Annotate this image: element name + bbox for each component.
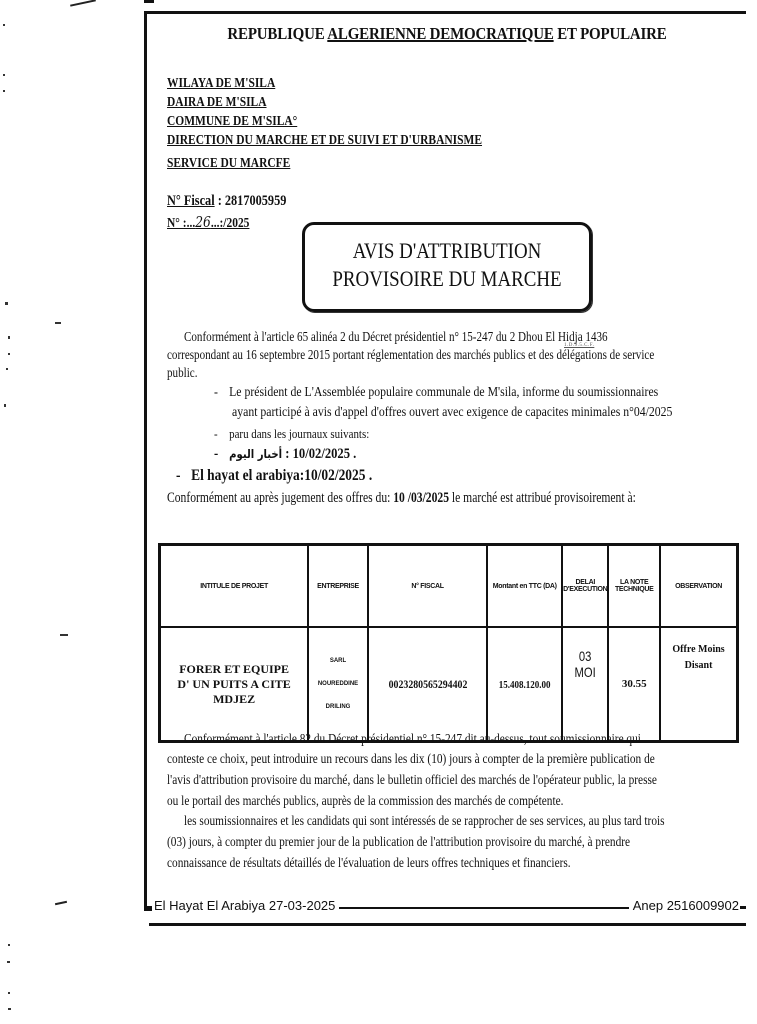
direction-line: DIRECTION DU MARCHE ET DE SUIVI ET D'URB… <box>167 131 482 150</box>
judgement-prefix: Conformément au après jugement des offre… <box>167 490 393 506</box>
wilaya-line: WILAYA DE M'SILA <box>167 74 482 93</box>
projet-line: FORER ET EQUIPE <box>161 662 307 677</box>
administration-block: WILAYA DE M'SILA DAIRA DE M'SILA COMMUNE… <box>167 74 551 173</box>
judgement-line: Conformément au après jugement des offre… <box>167 489 636 507</box>
scan-speck <box>3 90 5 92</box>
cell-montant: 15.408.120.00 <box>487 627 562 742</box>
notice-title-line1: AVIS D'ATTRIBUTION <box>325 237 569 265</box>
recourse-line-2: conteste ce choix, peut introduire un re… <box>167 750 655 768</box>
scan-speck <box>8 944 10 946</box>
fiscal-number: N° Fiscal : 2817005959 <box>167 193 286 210</box>
entreprise-line: SARL <box>309 654 367 669</box>
cell-observation: Offre Moins Disant <box>660 627 737 742</box>
header-montant: Montant en TTC (DA) <box>487 545 562 628</box>
scan-speck <box>4 404 6 407</box>
header-delai: DELAI D'EXECUTION <box>562 545 608 628</box>
scan-speck <box>60 634 68 636</box>
recourse-line-4: ou le portail des marchés publics, auprè… <box>167 792 563 810</box>
frame-corner <box>144 906 152 911</box>
reference-suffix: ...:/2025 <box>211 216 250 231</box>
observation-line: Offre Moins <box>661 642 736 658</box>
scan-speck <box>55 322 61 324</box>
scan-speck <box>5 302 8 305</box>
table-row: FORER ET EQUIPE D' UN PUITS A CITE MDJEZ… <box>160 627 738 742</box>
header-fiscal: N° FISCAL <box>368 545 488 628</box>
scan-speck <box>8 992 10 994</box>
scan-speck <box>6 368 8 370</box>
country-header: REPUBLIQUE ALGERIENNE DEMOCRATIQUE ET PO… <box>183 24 711 44</box>
bullet-president-text: Le président de L'Assemblée populaire co… <box>229 385 658 400</box>
header-observation: OBSERVATION <box>660 545 737 628</box>
cell-entreprise: SARL NOUREDDINE DRILING <box>308 627 368 742</box>
scan-speck <box>7 961 10 963</box>
notice-title-box: AVIS D'ATTRIBUTION PROVISOIRE DU MARCHE <box>302 222 592 312</box>
cell-projet: FORER ET EQUIPE D' UN PUITS A CITE MDJEZ <box>160 627 309 742</box>
scan-mark <box>70 0 96 7</box>
projet-line: MDJEZ <box>161 692 307 707</box>
bullet-president-cont-text: ayant participé à avis d'appel d'offres … <box>232 405 672 420</box>
bullet-president: -Le président de L'Assemblée populaire c… <box>214 383 658 403</box>
header-note: LA NOTE TECHNIQUE <box>608 545 660 628</box>
bullet-president-cont: ayant participé à avis d'appel d'offres … <box>232 403 672 423</box>
scan-speck <box>3 74 5 76</box>
journal-2-text: El hayat el arabiya:10/02/2025 . <box>191 467 372 484</box>
intro-line-3: public. <box>167 364 197 382</box>
header-entreprise: ENTREPRISE <box>308 545 368 628</box>
country-header-underlined: ALGERIENNE DEMOCRATIQUE <box>327 24 553 43</box>
award-table: INTITULE DE PROJET ENTREPRISE N° FISCAL … <box>158 543 739 743</box>
fiscal-value: : 2817005959 <box>215 193 287 209</box>
observation-line: Disant <box>661 658 736 674</box>
footer-rule <box>339 907 628 909</box>
judgement-date: 10 /03/2025 <box>393 490 449 506</box>
scan-stamp: 1.D.9.5.C.F. <box>564 343 594 348</box>
fiscal-label: N° Fiscal <box>167 193 215 209</box>
scan-speck <box>8 336 10 339</box>
commune-line: COMMUNE DE M'SILA° <box>167 112 482 131</box>
daira-line: DAIRA DE M'SILA <box>167 93 482 112</box>
notice-title-line2: PROVISOIRE DU MARCHE <box>325 265 569 293</box>
service-line: SERVICE DU MARCFE <box>167 154 482 173</box>
cell-fiscal: 0023280565294402 <box>368 627 488 742</box>
scan-speck <box>3 24 5 26</box>
frame-top-rule <box>144 11 746 14</box>
journal-1-name: أخبار اليوم <box>229 447 282 461</box>
bullet-journal-1: -أخبار اليوم : 10/02/2025 . <box>214 444 356 464</box>
judgement-suffix: le marché est attribué provisoirement à: <box>449 490 636 506</box>
footer-end-mark <box>740 906 746 909</box>
journal-1-date: : 10/02/2025 . <box>282 446 356 462</box>
bullet-journals-text: paru dans les journaux suivants: <box>229 426 369 441</box>
anep-reference: Anep 2516009902 <box>633 898 739 913</box>
delai-cell-value: 03 MOI <box>568 648 603 680</box>
scan-speck <box>8 1008 11 1010</box>
entreprise-line: NOUREDDINE <box>309 677 367 692</box>
cell-delai: 03 MOI <box>562 627 608 742</box>
frame-top-tab <box>144 0 154 3</box>
contact-line-1: les soumissionnaires et les candidats qu… <box>184 812 665 830</box>
cell-note: 30.55 <box>608 627 660 742</box>
bullet-journals: -paru dans les journaux suivants: <box>214 424 369 444</box>
fiscal-cell-value: 0023280565294402 <box>388 677 467 692</box>
table-header-row: INTITULE DE PROJET ENTREPRISE N° FISCAL … <box>160 545 738 628</box>
bullet-journal-2: -El hayat el arabiya:10/02/2025 . <box>176 466 372 486</box>
projet-line: D' UN PUITS A CITE <box>161 677 307 692</box>
contact-line-3: connaissance de résultats détaillés de l… <box>167 854 571 872</box>
header-projet: INTITULE DE PROJET <box>160 545 309 628</box>
montant-cell-value: 15.408.120.00 <box>499 679 551 691</box>
contact-line-2: (03) jours, à compter du premier jour de… <box>167 833 630 851</box>
reference-prefix: N° :... <box>167 216 195 231</box>
frame-bottom-rule <box>149 923 746 926</box>
reference-number: N° :...26...:/2025 <box>167 213 249 232</box>
recourse-line-3: l'avis d'attribution provisoire du march… <box>167 771 657 789</box>
entreprise-line: DRILING <box>309 700 367 715</box>
intro-line-2: correspondant au 16 septembre 2015 porta… <box>167 346 654 364</box>
scan-speck <box>8 353 10 355</box>
reference-handwritten: 26 <box>195 213 211 231</box>
country-header-pre: REPUBLIQUE <box>227 24 327 43</box>
scan-mark <box>55 901 67 905</box>
recourse-line-1: Conformément à l'article 82 du Décret pr… <box>184 730 641 748</box>
publication-source: El Hayat El Arabiya 27-03-2025 <box>154 898 335 913</box>
frame-left-rule <box>144 11 147 911</box>
publication-footer: El Hayat El Arabiya 27-03-2025 Anep 2516… <box>154 898 746 913</box>
intro-line-1: Conformément à l'article 65 alinéa 2 du … <box>184 328 608 346</box>
country-header-post: ET POPULAIRE <box>554 24 667 43</box>
